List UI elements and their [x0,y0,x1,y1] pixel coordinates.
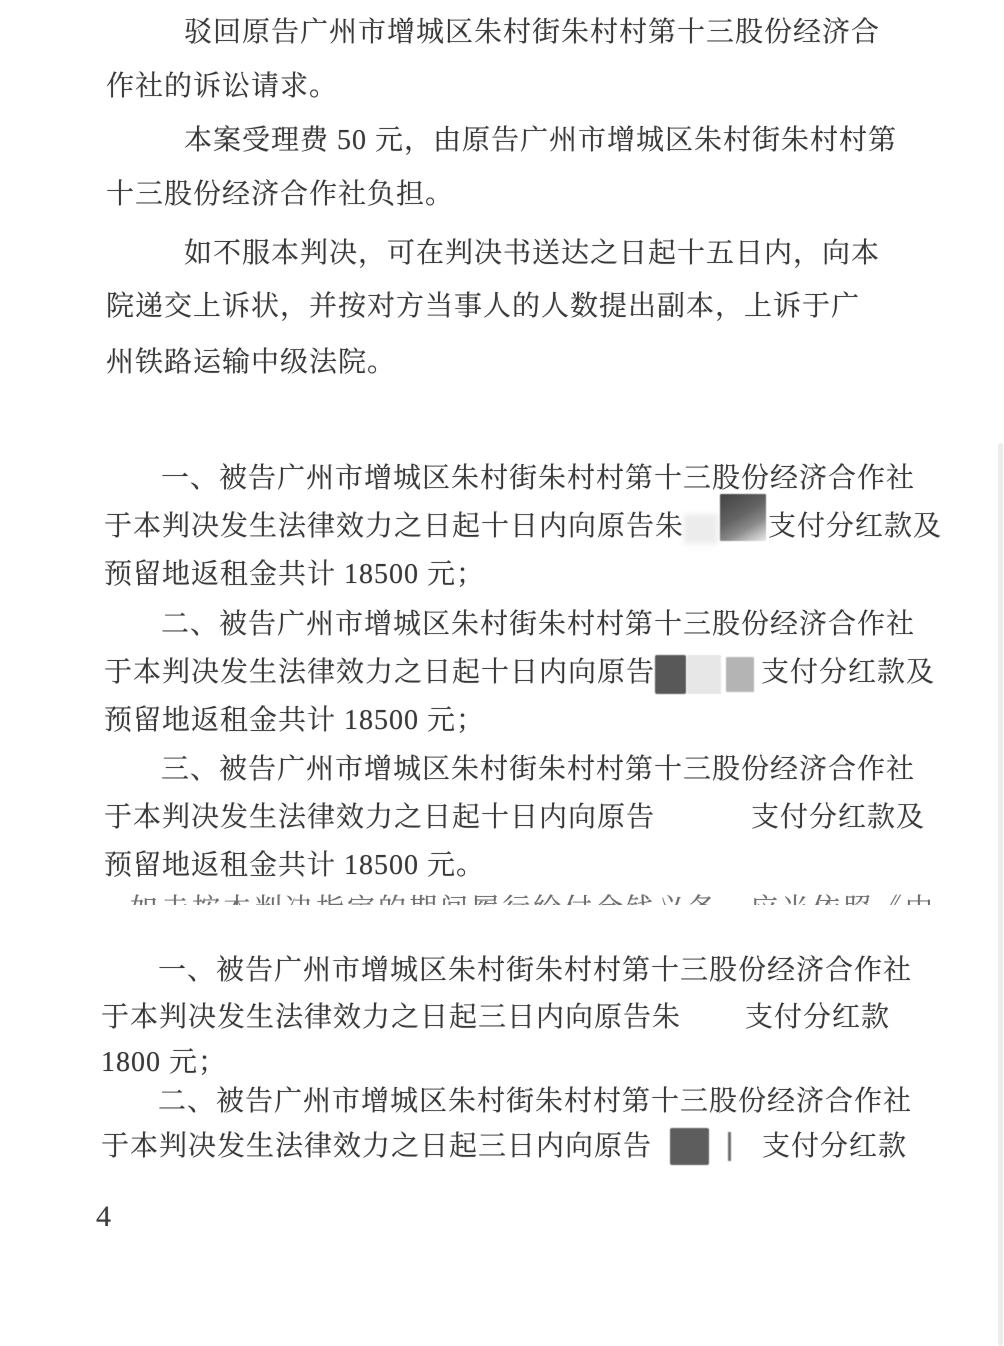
dismissal-line-2: 作社的诉讼请求。 [106,66,338,108]
scan-edge-line [998,443,1003,1346]
redaction-block-a2 [655,652,761,694]
dismissal-line-1: 驳回原告广州市增城区朱村街朱村村第十三股份经济合 [106,12,880,54]
judgment-a-item1-line3: 预留地返租金共计 18500 元； [104,554,485,596]
judgment-a-item2-line2: 于本判决发生法律效力之日起十日内向原告支付分红款及 [104,652,935,694]
judgment-a-item3-line1: 三、被告广州市增城区朱村街朱村村第十三股份经济合作社 [104,749,915,791]
judgment-b-item2-line1: 二、被告广州市增城区朱村街朱村村第十三股份经济合作社 [101,1081,912,1123]
page-number: 4 [96,1200,111,1234]
court-fee-line-2: 十三股份经济合作社负担。 [106,174,454,216]
redaction-smudge [684,514,718,544]
text-after-gap: 支付分红款及 [751,802,925,833]
judgment-a-item2-line3: 预留地返租金共计 18500 元； [104,700,485,742]
court-judgment-page: 驳回原告广州市增城区朱村街朱村村第十三股份经济合 作社的诉讼请求。 本案受理费 … [0,0,1004,1346]
text-after-redaction: 支付分红款及 [768,511,942,542]
redaction-dark-block [655,655,686,694]
clipped-line: 如未按本判决指定的期间履行给付金钱义务，应当依照《中华 [130,892,930,905]
text-after-gap: 支付分红款 [745,1002,890,1033]
appeal-line-1: 如不服本判决，可在判决书送达之日起十五日内，向本 [106,233,880,275]
court-fee-line-1: 本案受理费 50 元，由原告广州市增城区朱村街朱村村第 [106,120,897,162]
judgment-a-item1-line1: 一、被告广州市增城区朱村街朱村村第十三股份经济合作社 [104,458,915,500]
appeal-line-2: 院递交上诉状，并按对方当事人的人数提出副本，上诉于广 [106,286,860,328]
judgment-a-item3-line3: 预留地返租金共计 18500 元。 [104,845,485,887]
judgment-b-item1-line1: 一、被告广州市增城区朱村街朱村村第十三股份经济合作社 [101,950,912,992]
redaction-block-a1 [684,506,768,548]
judgment-b-item2-line2: 于本判决发生法律效力之日起三日内向原告支付分红款 [101,1126,907,1168]
whited-out-gap [655,825,751,826]
text-before-gap: 于本判决发生法律效力之日起十日内向原告 [104,802,655,833]
redaction-gradient-block [720,494,766,541]
judgment-a-item1-line2: 于本判决发生法律效力之日起十日内向原告朱支付分红款及 [104,506,942,548]
text-before-redaction: 于本判决发生法律效力之日起十日内向原告朱 [104,511,684,542]
judgment-a-item3-line2: 于本判决发生法律效力之日起十日内向原告支付分红款及 [104,797,925,839]
redaction-solid-block [670,1128,709,1165]
redaction-gray-block [726,657,754,692]
text-before-redaction: 于本判决发生法律效力之日起十日内向原告 [104,657,655,688]
redaction-block-b2 [652,1126,762,1168]
text-before-gap: 于本判决发生法律效力之日起三日内向原告朱 [101,1002,681,1033]
judgment-b-item1-line3: 1800 元； [101,1042,227,1084]
judgment-b-item1-line2: 于本判决发生法律效力之日起三日内向原告朱支付分红款 [101,997,890,1039]
judgment-a-item2-line1: 二、被告广州市增城区朱村街朱村村第十三股份经济合作社 [104,604,915,646]
redaction-light-block [687,655,721,694]
text-after-redaction: 支付分红款及 [761,657,935,688]
text-before-redaction: 于本判决发生法律效力之日起三日内向原告 [101,1131,652,1162]
stray-stroke-artifact [728,1132,731,1161]
text-after-redaction: 支付分红款 [762,1131,907,1162]
appeal-line-3: 州铁路运输中级法院。 [106,342,396,384]
whited-out-gap [681,1025,745,1026]
